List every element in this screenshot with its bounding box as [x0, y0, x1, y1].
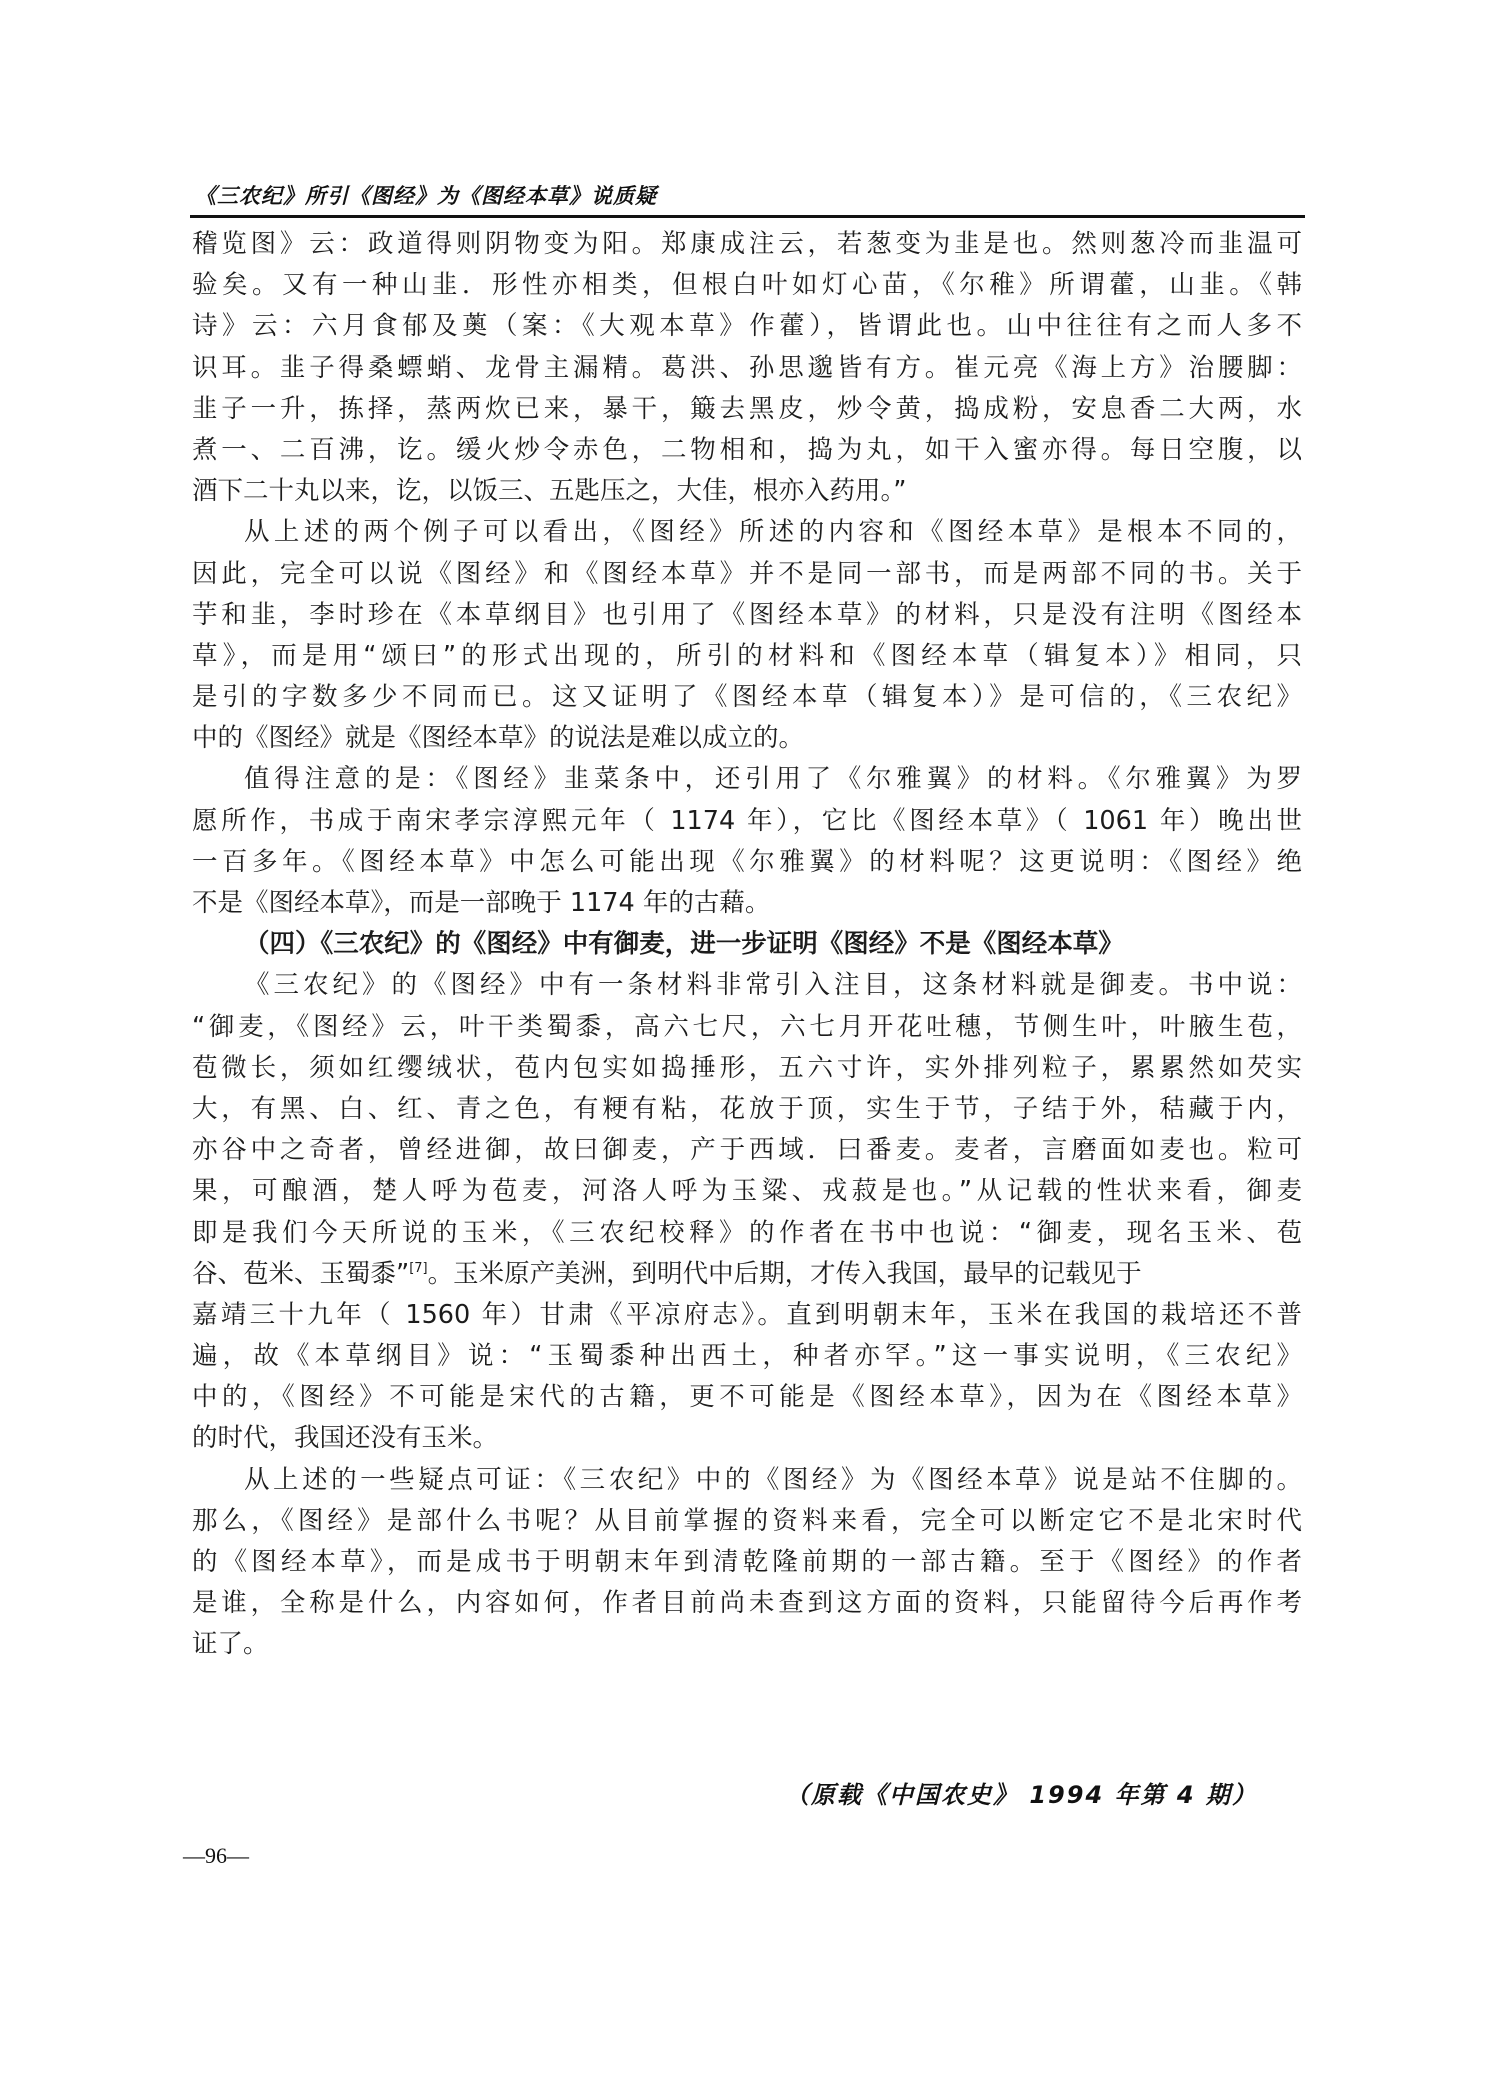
text-line: 一百多年。《图经本草》中怎么可能出现《尔雅翼》的材料呢？这更说明：《图经》绝	[192, 842, 1302, 883]
text-line: 愿所作，书成于南宋孝宗淳熙元年（ 1174 年），它比《图经本草》（ 1061 …	[192, 801, 1302, 842]
text-line: 是引的字数多少不同而已。这又证明了《图经本草（辑复本）》是可信的，《三农纪》	[192, 677, 1302, 718]
text-line: 草》，而是用“颂曰”的形式出现的，所引的材料和《图经本草（辑复本）》相同，只	[192, 636, 1302, 677]
text-line: 芋和韭，李时珍在《本草纲目》也引用了《图经本草》的材料，只是没有注明《图经本	[192, 595, 1302, 636]
document-page: 《三农纪》所引《图经》为《图经本草》说质疑 稽览图》云：政道得则阴物变为阳。郑康…	[0, 0, 1500, 2098]
text-line: 不是《图经本草》，而是一部晚于 1174 年的古藉。	[192, 883, 1302, 924]
text-line: 诗》云：六月食郁及薁（案：《大观本草》作藿），皆谓此也。山中往往有之而人多不	[192, 306, 1302, 347]
text-line: 证了。	[192, 1624, 1302, 1665]
text-line: 从上述的一些疑点可证：《三农纪》中的《图经》为《图经本草》说是站不住脚的。	[192, 1460, 1302, 1501]
text-line-with-footnote: 谷、苞米、玉蜀黍”[7]。玉米原产美洲，到明代中后期，才传入我国，最早的记载见于	[192, 1254, 1302, 1295]
running-head: 《三农纪》所引《图经》为《图经本草》说质疑	[195, 180, 657, 210]
article-body: 稽览图》云：政道得则阴物变为阳。郑康成注云，若葱变为韭是也。然则葱冷而韭温可 验…	[192, 224, 1302, 1666]
text-line: 中的，《图经》不可能是宋代的古籍，更不可能是《图经本草》，因为在《图经本草》	[192, 1377, 1302, 1418]
text-line: 即是我们今天所说的玉米，《三农纪校释》的作者在书中也说：“御麦，现名玉米、苞	[192, 1213, 1302, 1254]
section-heading: （四）《三农纪》的《图经》中有御麦，进一步证明《图经》不是《图经本草》	[192, 924, 1302, 965]
text-line: 中的《图经》就是《图经本草》的说法是难以成立的。	[192, 718, 1302, 759]
text-line: 验矣。又有一种山韭．形性亦相类，但根白叶如灯心苗，《尔稚》所谓藿，山韭。《韩	[192, 265, 1302, 306]
text-line: 苞微长，须如红缨绒状，苞内包实如捣捶形，五六寸许，实外排列粒子，累累然如芡实	[192, 1048, 1302, 1089]
text-line: 的《图经本草》，而是成书于明朝末年到清乾隆前期的一部古籍。至于《图经》的作者	[192, 1542, 1302, 1583]
text-line: 大，有黑、白、红、青之色，有粳有粘，花放于顶，实生于节，子结于外，秸藏于内，	[192, 1089, 1302, 1130]
text-line: 那么，《图经》是部什么书呢？从目前掌握的资料来看，完全可以断定它不是北宋时代	[192, 1501, 1302, 1542]
text-line: 煮一、二百沸，讫。缓火炒令赤色，二物相和，捣为丸，如干入蜜亦得。每日空腹，以	[192, 430, 1302, 471]
footnote-reference[interactable]: [7]	[409, 1261, 427, 1276]
text-segment: 。玉米原产美洲，到明代中后期，才传入我国，最早的记载见于	[428, 1259, 1142, 1289]
text-line: 识耳。韭子得桑螵蛸、龙骨主漏精。葛洪、孙思邈皆有方。崔元亮《海上方》治腰脚：	[192, 348, 1302, 389]
source-note: （原载《中国农史》 1994 年第 4 期）	[785, 1775, 1258, 1810]
text-line: 酒下二十丸以来，讫，以饭三、五匙压之，大佳，根亦入药用。”	[192, 471, 1302, 512]
text-line: 的时代，我国还没有玉米。	[192, 1418, 1302, 1459]
page-number: —96—	[183, 1843, 249, 1869]
text-line: 果，可酿酒，楚人呼为苞麦，河洛人呼为玉粱、戎菽是也。”从记载的性状来看，御麦	[192, 1171, 1302, 1212]
text-segment: 谷、苞米、玉蜀黍”	[192, 1259, 409, 1289]
text-line: “御麦，《图经》云，叶干类蜀黍，高六七尺，六七月开花吐穗，节侧生叶，叶腋生苞，	[192, 1007, 1302, 1048]
text-line: 韭子一升，拣择，蒸两炊已来，暴干，簸去黑皮，炒令黄，捣成粉，安息香二大两，水	[192, 389, 1302, 430]
text-line: 嘉靖三十九年（ 1560 年）甘肃《平凉府志》。直到明朝末年，玉米在我国的栽培还…	[192, 1295, 1302, 1336]
text-line: 是谁，全称是什么，内容如何，作者目前尚未查到这方面的资料，只能留待今后再作考	[192, 1583, 1302, 1624]
text-line: 稽览图》云：政道得则阴物变为阳。郑康成注云，若葱变为韭是也。然则葱冷而韭温可	[192, 224, 1302, 265]
text-line: 因此，完全可以说《图经》和《图经本草》并不是同一部书，而是两部不同的书。关于	[192, 554, 1302, 595]
text-line: 遍，故《本草纲目》说：“玉蜀黍种出西土，种者亦罕。”这一事实说明，《三农纪》	[192, 1336, 1302, 1377]
text-line: 亦谷中之奇者，曾经进御，故曰御麦，产于西域．曰番麦。麦者，言磨面如麦也。粒可	[192, 1130, 1302, 1171]
text-line: 从上述的两个例子可以看出，《图经》所述的内容和《图经本草》是根本不同的，	[192, 512, 1302, 553]
text-line: 《三农纪》的《图经》中有一条材料非常引入注目，这条材料就是御麦。书中说：	[192, 965, 1302, 1006]
header-rule	[190, 215, 1305, 218]
text-line: 值得注意的是：《图经》韭菜条中，还引用了《尔雅翼》的材料。《尔雅翼》为罗	[192, 759, 1302, 800]
